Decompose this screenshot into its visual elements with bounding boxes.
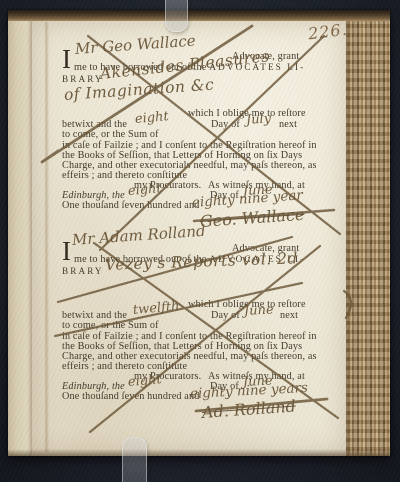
photo-of-register-page: 226. I Mr Geo Wallace Advocate, grant me… — [0, 0, 400, 482]
page-holder-strip-bottom — [122, 437, 147, 482]
page-holder-strip-top — [165, 0, 188, 32]
crossout-strokes — [0, 0, 400, 482]
